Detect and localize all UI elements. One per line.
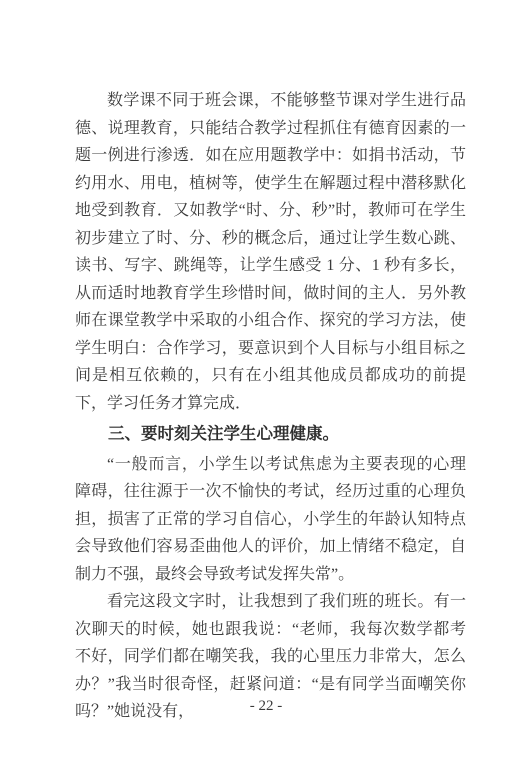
document-page: 数学课不同于班会课，不能够整节课对学生进行品德、说理教育，只能结合教学过程抓住有…: [0, 0, 532, 768]
paragraph-moral-education: 数学课不同于班会课，不能够整节课对学生进行品德、说理教育，只能结合教学过程抓住有…: [75, 87, 466, 418]
section-heading-mental-health: 三、要时刻关注学生心理健康。: [75, 419, 466, 449]
paragraph-exam-anxiety-quote: “一般而言，小学生以考试焦虑为主要表现的心理障碍，往往源于一次不愉快的考试，经历…: [75, 451, 466, 589]
text-block: 数学课不同于班会课，不能够整节课对学生进行品德、说理教育，只能结合教学过程抓住有…: [75, 87, 466, 726]
page-number: - 22 -: [0, 696, 532, 716]
